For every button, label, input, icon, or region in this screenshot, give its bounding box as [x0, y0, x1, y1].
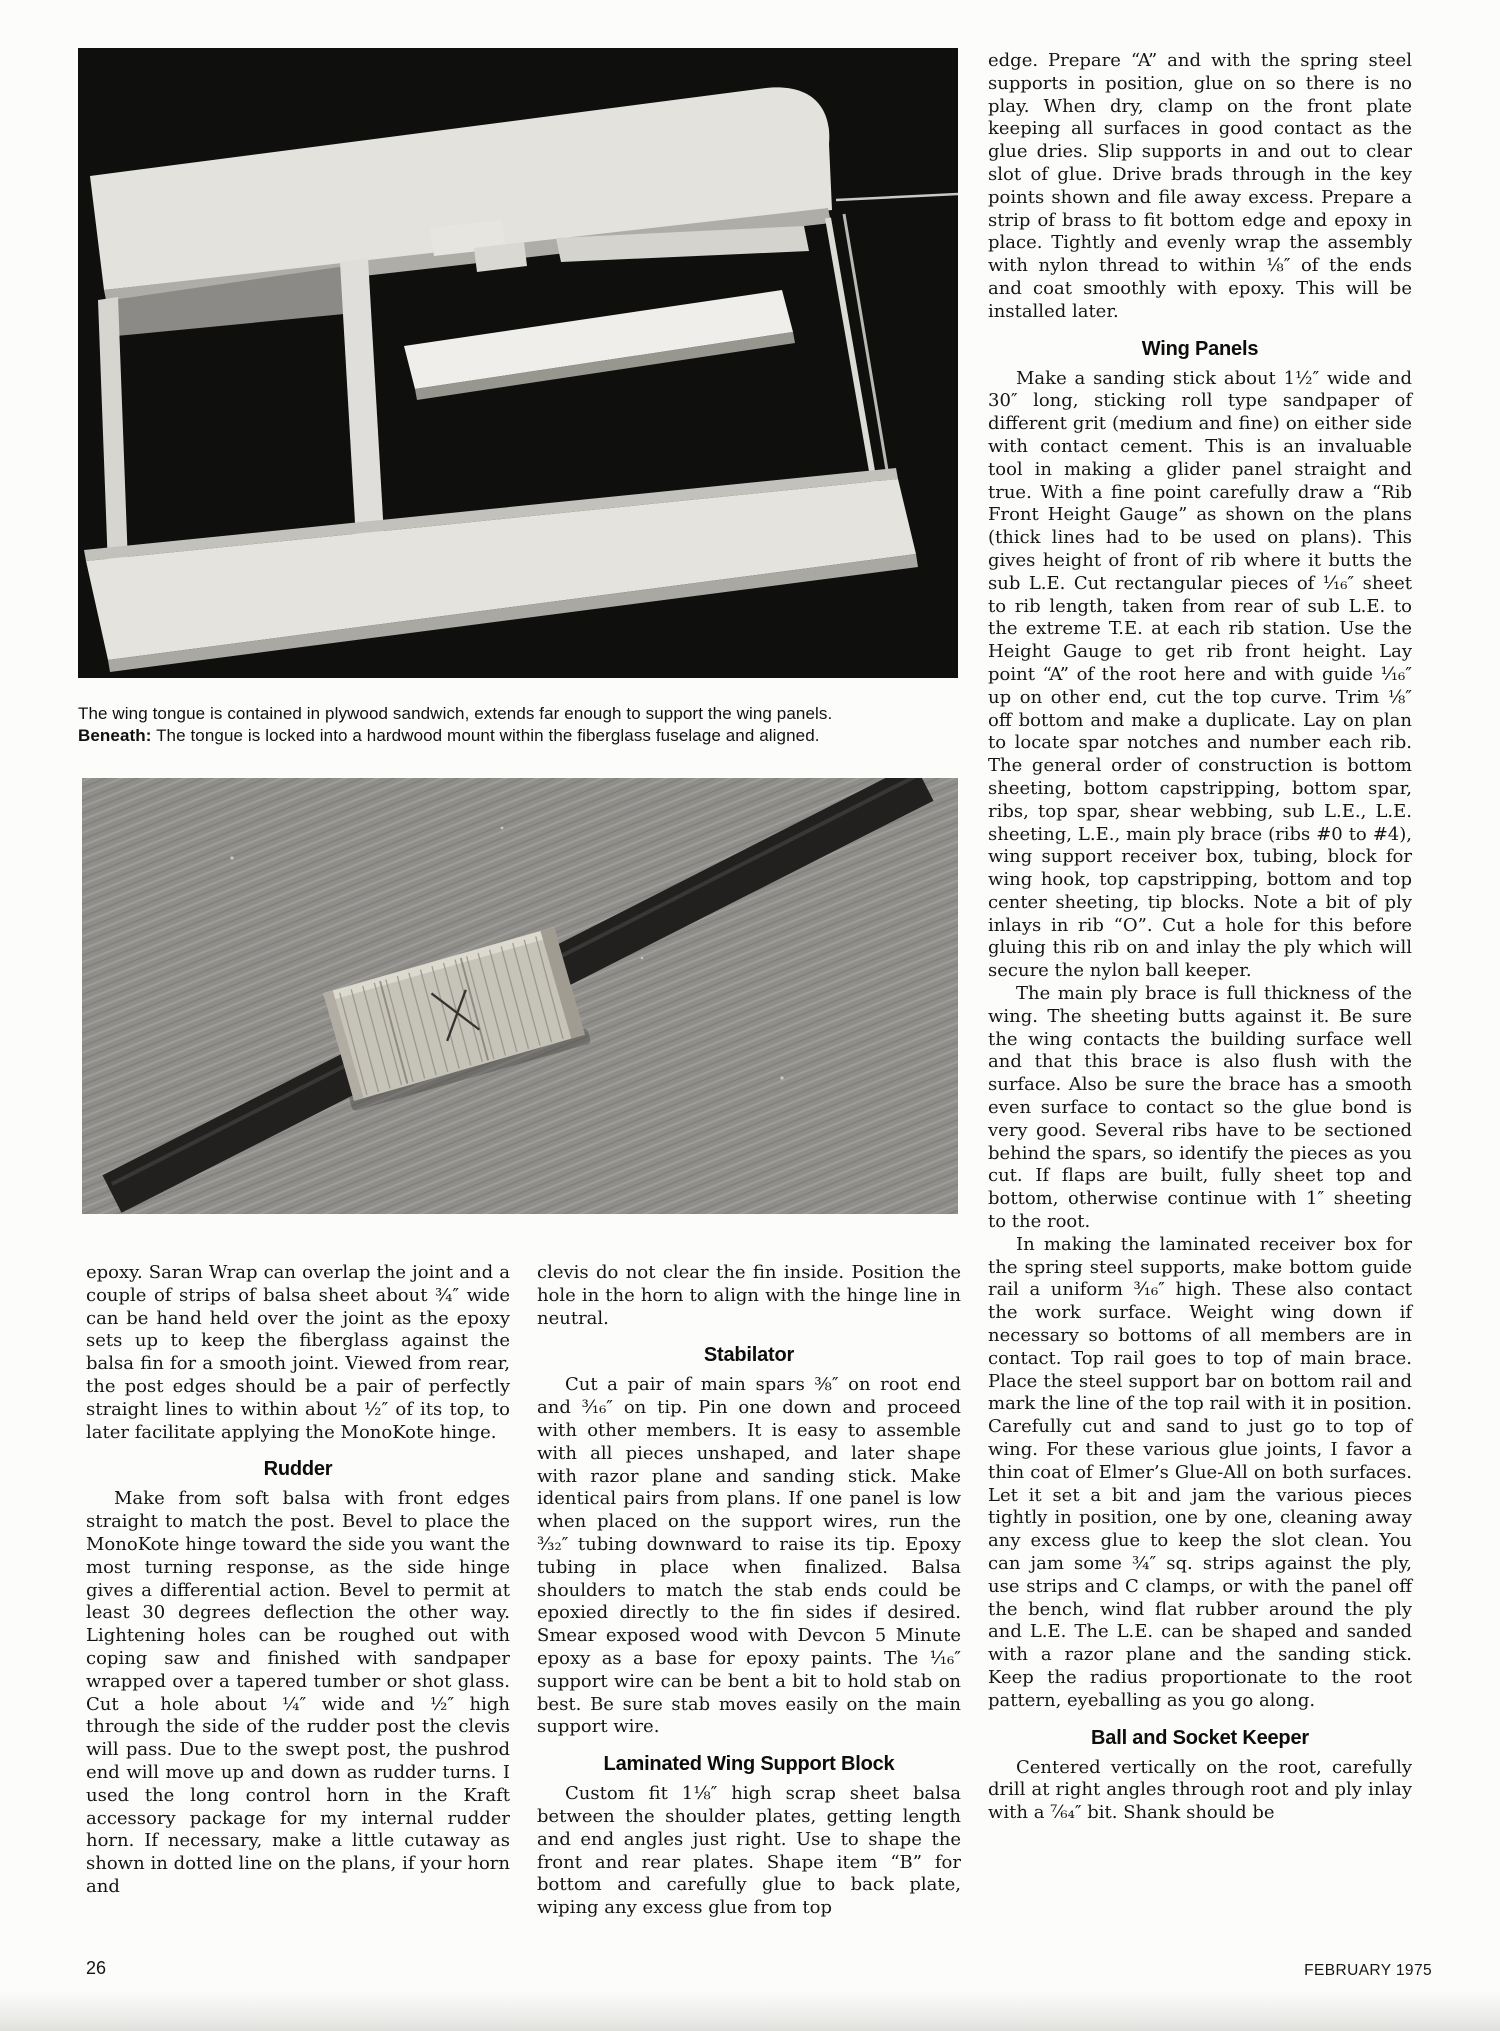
column-middle: clevis do not clear the fin inside. Posi…: [537, 1262, 961, 1920]
scan-shading: [0, 1991, 1500, 2031]
paragraph: Custom fit 1⅛″ high scrap sheet balsa be…: [537, 1783, 961, 1920]
issue-date: FEBRUARY 1975: [988, 1962, 1432, 1980]
section-heading: Rudder: [86, 1458, 510, 1480]
caption-line1: The wing tongue is contained in plywood …: [78, 704, 832, 723]
column-right: edge. Prepare “A” and with the spring st…: [988, 50, 1412, 1825]
section-heading: Laminated Wing Support Block: [537, 1753, 961, 1775]
paragraph: The main ply brace is full thickness of …: [988, 983, 1412, 1234]
section-heading: Stabilator: [537, 1344, 961, 1366]
wing-tongue-illustration: [82, 778, 958, 1214]
paragraph: Make a sanding stick about 1½″ wide and …: [988, 368, 1412, 984]
paragraph: clevis do not clear the fin inside. Posi…: [537, 1262, 961, 1330]
paragraph: Make from soft balsa with front edges st…: [86, 1488, 510, 1898]
magazine-page: The wing tongue is contained in plywood …: [0, 0, 1500, 2031]
page-number: 26: [86, 1958, 106, 1979]
column-left: epoxy. Saran Wrap can overlap the joint …: [86, 1262, 510, 1899]
paragraph: Cut a pair of main spars ⅜″ on root end …: [537, 1374, 961, 1739]
paragraph: In making the laminated receiver box for…: [988, 1234, 1412, 1713]
section-heading: Ball and Socket Keeper: [988, 1727, 1412, 1749]
photo-caption: The wing tongue is contained in plywood …: [78, 703, 950, 746]
paragraph: edge. Prepare “A” and with the spring st…: [988, 50, 1412, 324]
caption-beneath-label: Beneath:: [78, 726, 152, 745]
paragraph: epoxy. Saran Wrap can overlap the joint …: [86, 1262, 510, 1444]
section-heading: Wing Panels: [988, 338, 1412, 360]
paragraph: Centered vertically on the root, careful…: [988, 1757, 1412, 1825]
wing-structure-illustration: [78, 48, 958, 678]
caption-line2: The tongue is locked into a hardwood mou…: [152, 726, 820, 745]
wing-tongue-photo: [82, 778, 958, 1214]
wing-structure-photo: [78, 48, 958, 678]
